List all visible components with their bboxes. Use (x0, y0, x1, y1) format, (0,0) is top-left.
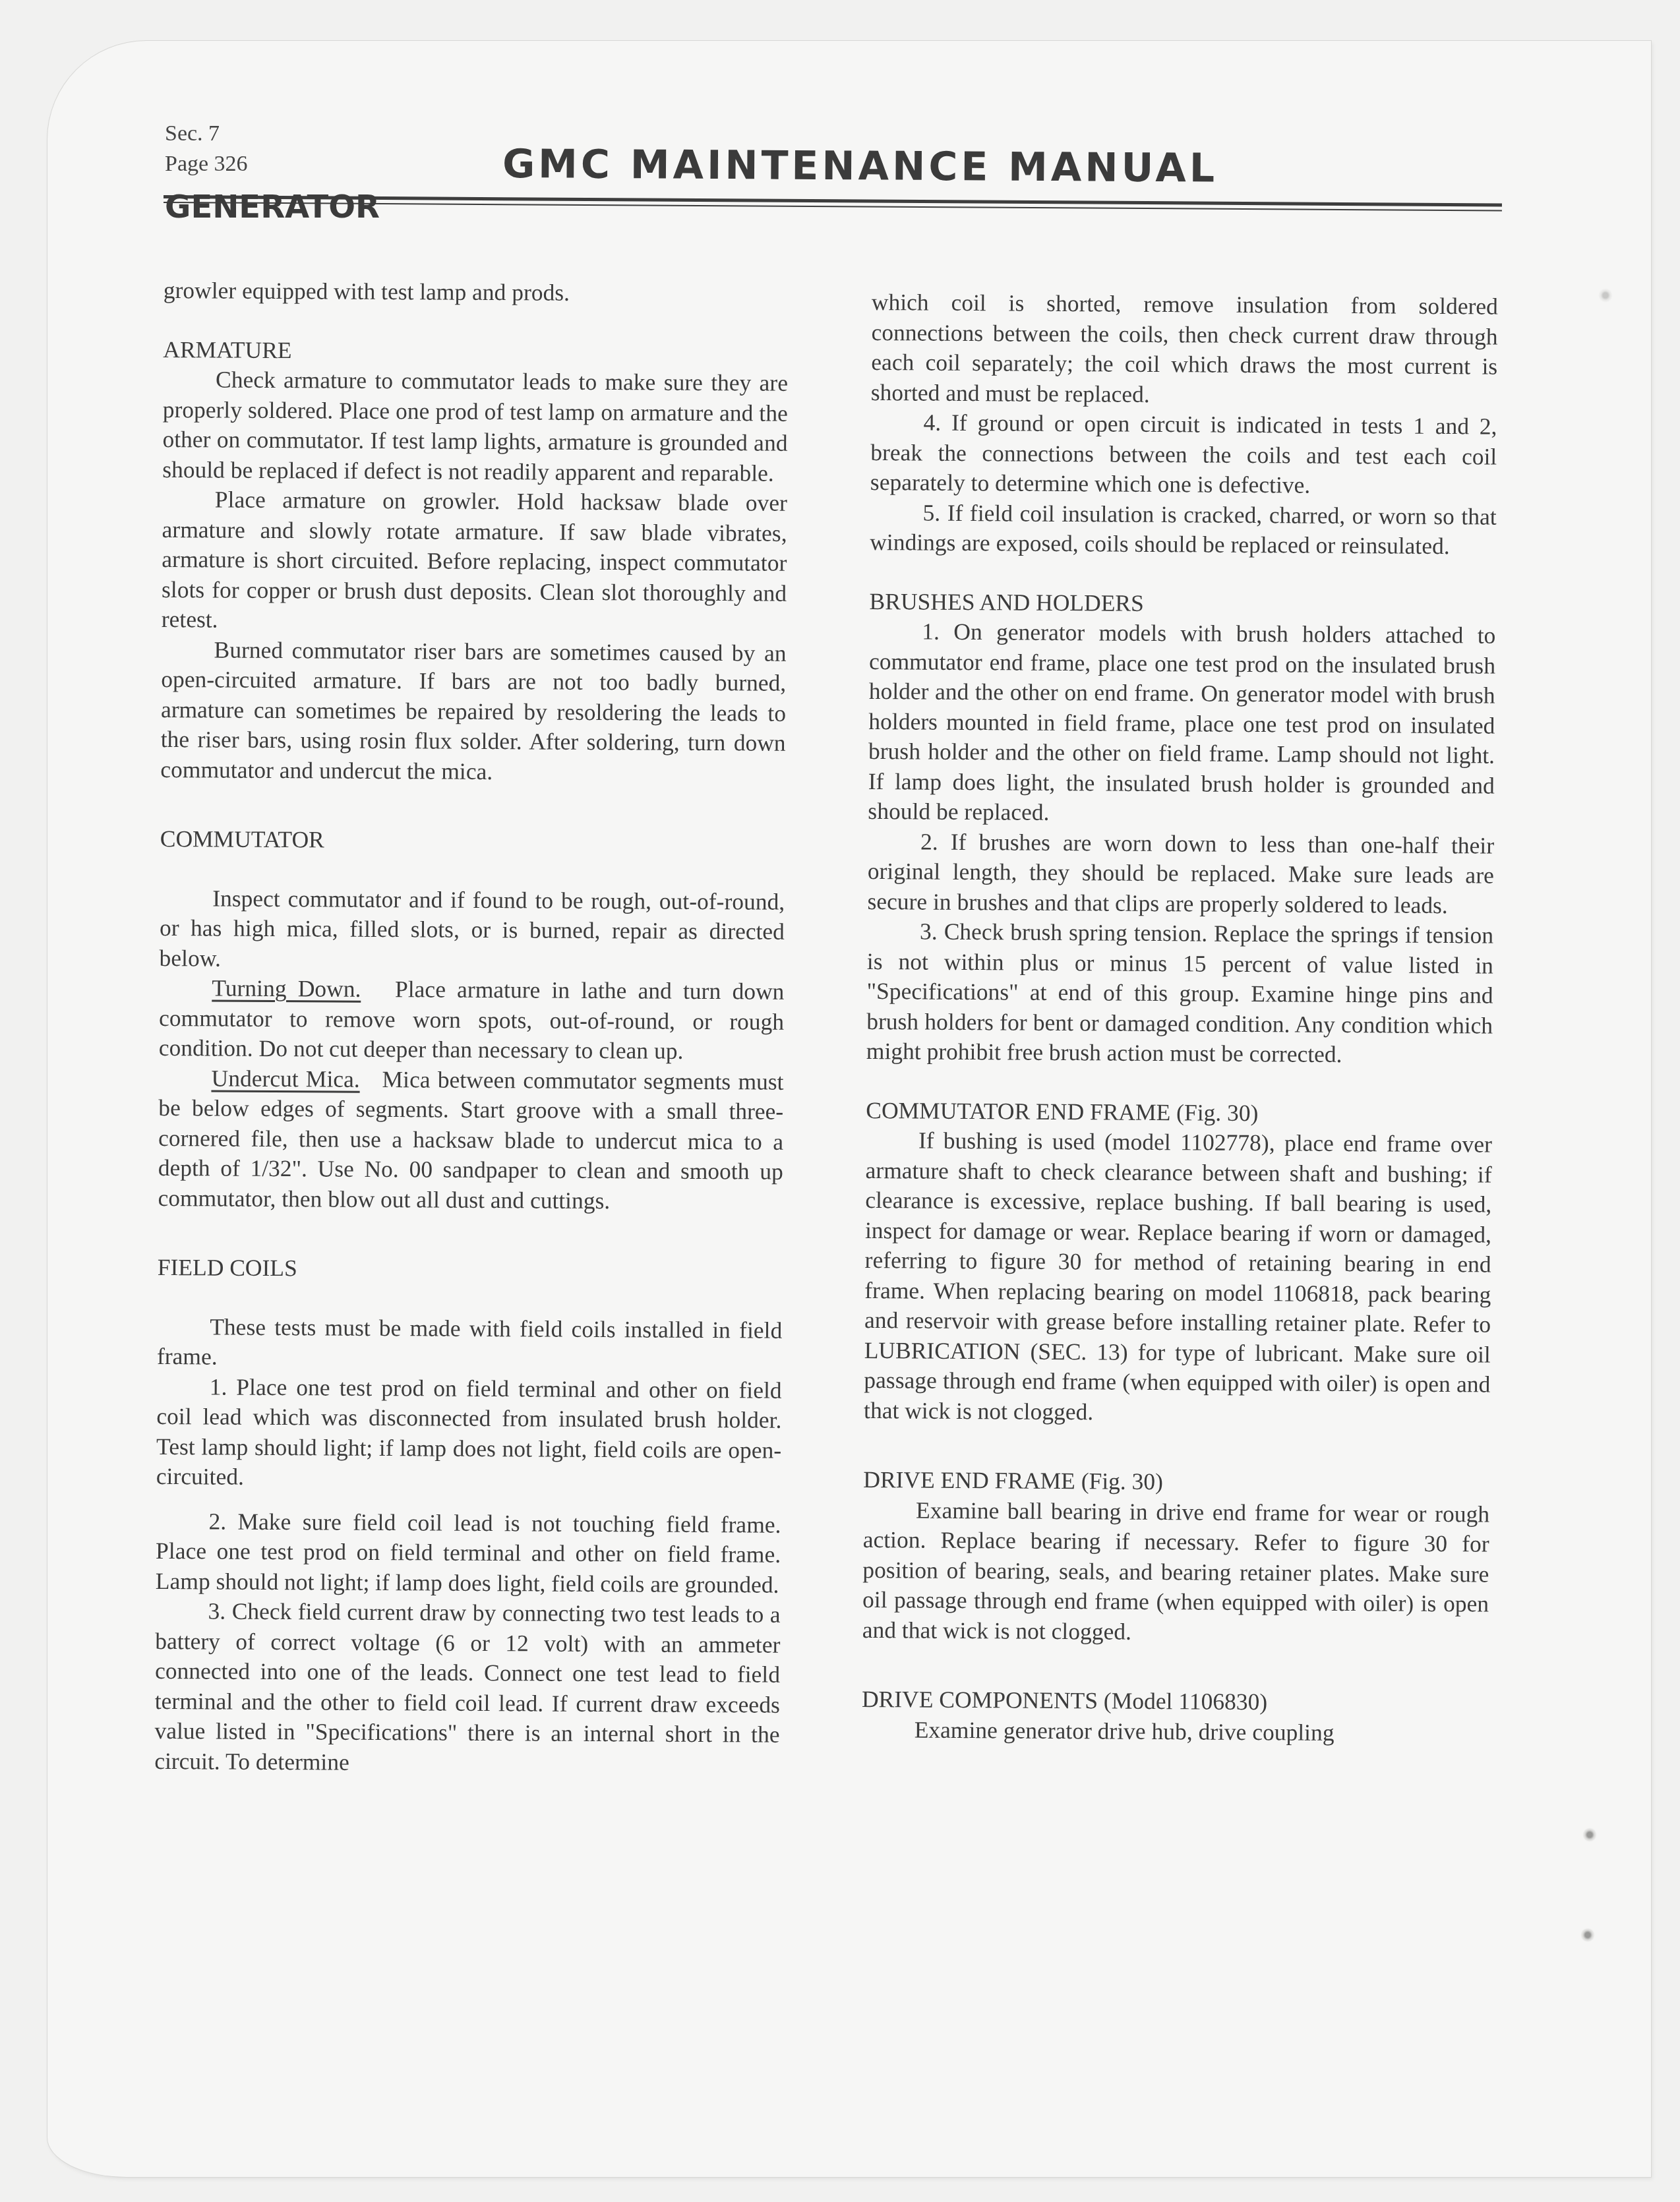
continuation-text: which coil is shorted, remove insulation… (871, 287, 1498, 412)
manual-title: GMC MAINTENANCE MANUAL (502, 141, 1218, 192)
heading-drive-end-frame: DRIVE END FRAME (Fig. 30) (863, 1465, 1489, 1499)
numbered-step: 1. Place one test prod on field terminal… (156, 1371, 782, 1495)
paragraph: These tests must be made with field coil… (157, 1311, 783, 1375)
page-reference: Sec. 7 Page 326 (165, 119, 248, 179)
heading-commutator-end-frame: COMMUTATOR END FRAME (Fig. 30) (866, 1095, 1492, 1129)
paragraph-undercut-mica: Undercut Mica. Mica between commutator s… (158, 1063, 783, 1216)
section-number: Sec. 7 (165, 119, 248, 149)
heading-brushes-and-holders: BRUSHES AND HOLDERS (870, 586, 1496, 620)
numbered-step: 3. Check brush spring tension. Replace t… (866, 916, 1494, 1071)
numbered-step: 5. If field coil insulation is cracked, … (870, 497, 1497, 562)
paragraph: Place armature on growler. Hold hacksaw … (162, 485, 787, 638)
paragraph: Examine generator drive hub, drive coupl… (862, 1714, 1488, 1748)
turning-down-label: Turning Down. (212, 974, 361, 1001)
paragraph: Check armature to commutator leads to ma… (162, 365, 788, 489)
numbered-step: 1. On generator models with brush holder… (868, 616, 1495, 831)
numbered-step: 2. If brushes are worn down to less than… (867, 826, 1494, 920)
heading-field-coils: FIELD COILS (158, 1253, 783, 1286)
punch-hole-mark (1580, 1928, 1595, 1942)
numbered-step: 2. Make sure field coil lead is not touc… (156, 1506, 781, 1599)
heading-drive-components: DRIVE COMPONENTS (Model 1106830) (862, 1684, 1488, 1719)
paragraph: Burned commutator riser bars are sometim… (160, 634, 786, 788)
punch-hole-mark (1582, 1828, 1597, 1842)
section-title: GENERATOR (165, 189, 380, 225)
heading-commutator: COMMUTATOR (160, 824, 785, 858)
punch-hole-mark (1598, 288, 1613, 303)
heading-armature: ARMATURE (163, 334, 788, 368)
paragraph: Inspect commutator and if found to be ro… (160, 883, 785, 976)
left-column: growler equipped with test lamp and prod… (154, 276, 789, 1780)
numbered-step: 3. Check field current draw by connectin… (154, 1596, 781, 1780)
undercut-mica-label: Undercut Mica. (211, 1065, 359, 1092)
intro-text: growler equipped with test lamp and prod… (164, 276, 789, 309)
paragraph: If bushing is used (model 1102778), plac… (864, 1125, 1492, 1430)
numbered-step: 4. If ground or open circuit is indicate… (870, 407, 1497, 502)
page-number: Page 326 (165, 149, 248, 179)
paragraph-turning-down: Turning Down. Place armature in lathe an… (159, 973, 785, 1067)
right-column: which coil is shorted, remove insulation… (862, 287, 1498, 1749)
paragraph: Examine ball bearing in drive end frame … (862, 1495, 1490, 1649)
